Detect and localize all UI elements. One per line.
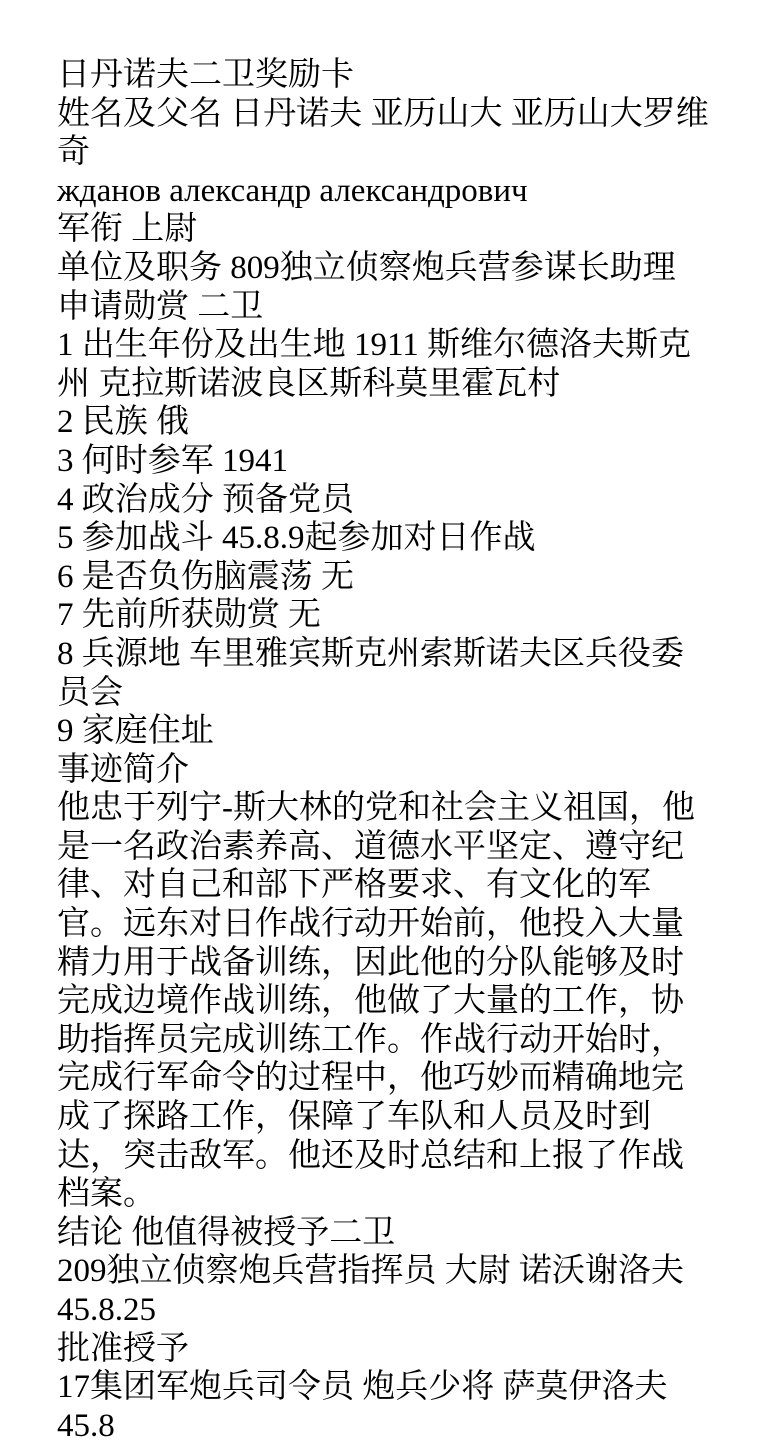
document-title: 日丹诺夫二卫奖励卡	[57, 56, 716, 95]
field-home-address: 9 家庭住址	[57, 712, 716, 751]
name-line: 姓名及父名 日丹诺夫 亚历山大 亚历山大罗维奇	[57, 95, 716, 172]
field-wounds-concussion: 6 是否负伤脑震荡 无	[57, 558, 716, 597]
approver-line: 17集团军炮兵司令员 炮兵少将 萨莫伊洛夫	[57, 1368, 716, 1407]
nomination-date: 45.8.25	[57, 1291, 716, 1330]
nominator-line: 209独立侦察炮兵营指挥员 大尉 诺沃谢洛夫	[57, 1252, 716, 1291]
merit-body: 他忠于列宁-斯大林的党和社会主义祖国，他是一名政治素养高、道德水平坚定、遵守纪律…	[57, 789, 716, 1214]
rank-line: 军衔 上尉	[57, 210, 716, 249]
field-ethnicity: 2 民族 俄	[57, 403, 716, 442]
conclusion-line: 结论 他值得被授予二卫	[57, 1214, 716, 1253]
field-enlistment-year: 3 何时参军 1941	[57, 442, 716, 481]
field-combat-participation: 5 参加战斗 45.8.9起参加对日作战	[57, 519, 716, 558]
field-political-status: 4 政治成分 预备党员	[57, 481, 716, 520]
award-requested-line: 申请勋赏 二卫	[57, 288, 716, 327]
field-birth: 1 出生年份及出生地 1911 斯维尔德洛夫斯克州 克拉斯诺波良区斯科莫里霍瓦村	[57, 326, 716, 403]
name-russian: жданов александр александрович	[57, 172, 716, 211]
approval-date: 45.8	[57, 1407, 716, 1440]
award-card-document: 日丹诺夫二卫奖励卡 姓名及父名 日丹诺夫 亚历山大 亚历山大罗维奇 жданов…	[0, 0, 773, 1440]
field-draft-office: 8 兵源地 车里雅宾斯克州索斯诺夫区兵役委员会	[57, 635, 716, 712]
unit-position-line: 单位及职务 809独立侦察炮兵营参谋长助理	[57, 249, 716, 288]
merit-heading: 事迹简介	[57, 751, 716, 790]
approval-heading: 批准授予	[57, 1330, 716, 1369]
field-prior-awards: 7 先前所获勋赏 无	[57, 596, 716, 635]
